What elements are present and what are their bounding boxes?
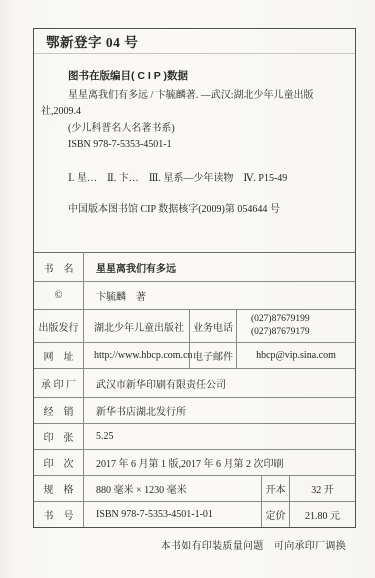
table-row-printer: 承 印 厂 武汉市新华印刷有限责任公司 — [34, 368, 355, 397]
sheets-label: 印 张 — [34, 424, 83, 449]
edition-label: 印 次 — [34, 450, 83, 475]
table-row-book-number: 书 号 ISBN 978-7-5353-4501-1-01 定价 21.80 元 — [34, 501, 355, 527]
price-label: 定价 — [261, 502, 289, 527]
printer-label: 承 印 厂 — [34, 369, 83, 397]
edition-value: 2017 年 6 月第 1 版,2017 年 6 月第 2 次印刷 — [83, 450, 355, 475]
business-phone-value: (027)87679199 (027)87679179 — [236, 310, 355, 342]
cip-isbn: ISBN 978-7-5353-4501-1 — [41, 137, 345, 154]
table-row-sheets: 印 张 5.25 — [34, 423, 355, 449]
copyright-icon: © — [34, 282, 83, 309]
book-title-label: 书 名 — [34, 253, 83, 281]
table-row-edition: 印 次 2017 年 6 月第 1 版,2017 年 6 月第 2 次印刷 — [34, 449, 355, 475]
cip-record-number: 中国版本图书馆 CIP 数据核字(2009)第 054644 号 — [41, 202, 345, 219]
sheets-value: 5.25 — [83, 424, 355, 449]
distributor-value: 新华书店湖北发行所 — [83, 398, 355, 423]
website-label: 网 址 — [34, 343, 83, 368]
cip-bibliographic-line-2: 社,2009.4 — [41, 104, 345, 121]
price-value: 21.80 元 — [289, 502, 355, 527]
register-number-row: 鄂新登字 04 号 — [34, 29, 355, 54]
colophon-table: 书 名 星星离我们有多远 © 卞毓麟 著 出版发行 湖北少年儿童出版社 业务电话… — [34, 252, 355, 527]
format-label: 规 格 — [34, 476, 83, 501]
distributor-label: 经 销 — [34, 398, 83, 423]
cip-series-note: (少儿科普名人名著书系) — [41, 121, 345, 138]
book-number-value: ISBN 978-7-5353-4501-1-01 — [83, 502, 261, 527]
folio-label: 开本 — [261, 476, 289, 501]
author-value: 卞毓麟 著 — [83, 282, 355, 309]
business-phone-label: 业务电话 — [189, 310, 236, 342]
email-value: hbcp@vip.sina.com — [236, 343, 355, 368]
cip-classification: Ⅰ. 星… Ⅱ. 卞… Ⅲ. 星系—少年读物 Ⅳ. P15-49 — [41, 171, 345, 188]
table-row-publisher: 出版发行 湖北少年儿童出版社 业务电话 (027)87679199 (027)8… — [34, 309, 355, 342]
quality-notice: 本书如有印装质量问题 可向承印厂调换 — [0, 537, 346, 552]
cip-bibliographic-line-1: 星星离我们有多远 / 卞毓麟著. —武汉:湖北少年儿童出版 — [41, 88, 345, 105]
cip-data-section: 图书在版编目( C I P )数据 星星离我们有多远 / 卞毓麟著. —武汉:湖… — [34, 54, 355, 252]
table-row-format: 规 格 880 毫米 × 1230 毫米 开本 32 开 — [34, 475, 355, 501]
table-row-book-title: 书 名 星星离我们有多远 — [34, 253, 355, 281]
book-title-value: 星星离我们有多远 — [83, 253, 355, 281]
colophon-page: 鄂新登字 04 号 图书在版编目( C I P )数据 星星离我们有多远 / 卞… — [0, 0, 375, 578]
phone-number-1: (027)87679199 — [251, 313, 310, 326]
email-label: 电子邮件 — [189, 343, 236, 368]
printer-value: 武汉市新华印刷有限责任公司 — [83, 369, 355, 397]
cip-title: 图书在版编目( C I P )数据 — [41, 68, 345, 85]
register-number-label: 鄂新登字 04 号 — [46, 31, 138, 51]
book-number-label: 书 号 — [34, 502, 83, 527]
folio-value: 32 开 — [289, 476, 355, 501]
phone-number-2: (027)87679179 — [251, 326, 310, 339]
colophon-box: 鄂新登字 04 号 图书在版编目( C I P )数据 星星离我们有多远 / 卞… — [33, 28, 356, 528]
website-value: http://www.hbcp.com.cn — [83, 343, 189, 368]
table-row-distributor: 经 销 新华书店湖北发行所 — [34, 397, 355, 423]
table-row-website: 网 址 http://www.hbcp.com.cn 电子邮件 hbcp@vip… — [34, 342, 355, 368]
publisher-label: 出版发行 — [34, 310, 83, 342]
format-value: 880 毫米 × 1230 毫米 — [83, 476, 261, 501]
table-row-copyright: © 卞毓麟 著 — [34, 281, 355, 309]
publisher-value: 湖北少年儿童出版社 — [83, 310, 189, 342]
